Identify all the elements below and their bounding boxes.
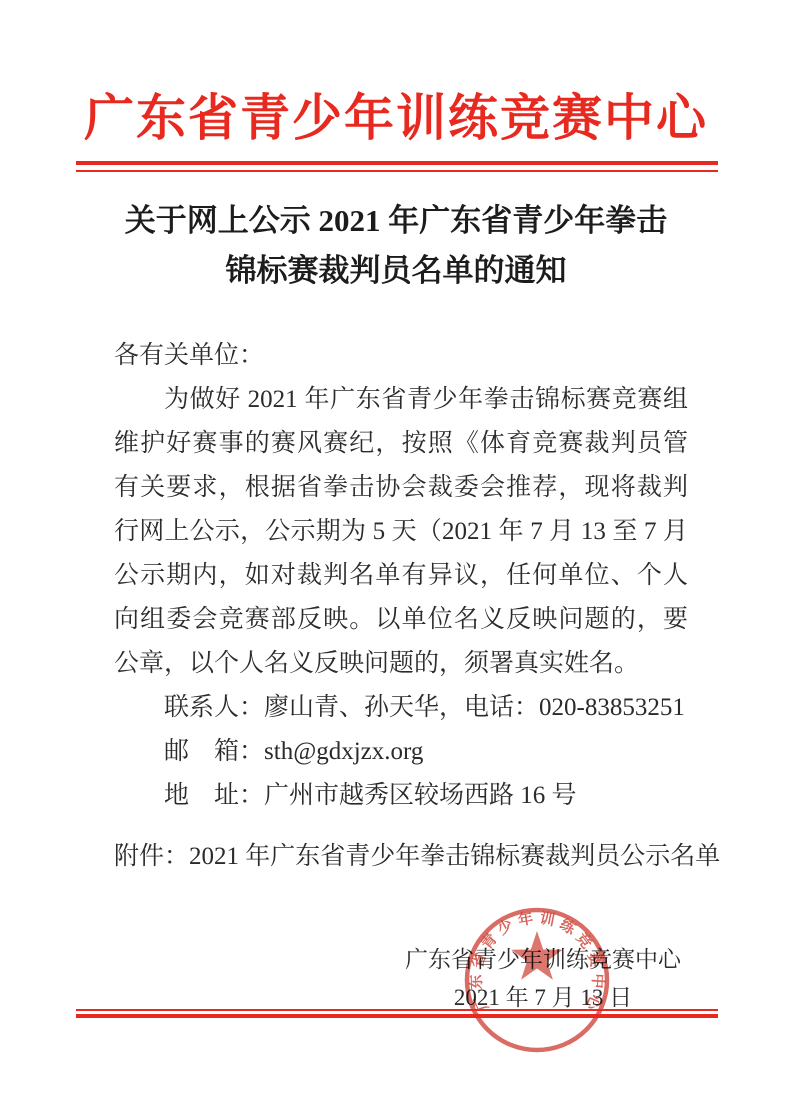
footer-rule-thick bbox=[76, 1014, 718, 1018]
body-line: 行网上公示，公示期为 5 天（2021 年 7 月 13 至 7 月 17 日）… bbox=[114, 510, 688, 554]
body-line: 有关要求，根据省拳击协会裁委会推荐，现将裁判员名单进 bbox=[114, 466, 688, 510]
document-title: 关于网上公示 2021 年广东省青少年拳击 锦标赛裁判员名单的通知 bbox=[0, 196, 792, 296]
contact-label: 地 址： bbox=[164, 782, 264, 809]
salutation: 各有关单位： bbox=[114, 334, 688, 378]
contact-label: 联系人： bbox=[164, 694, 264, 721]
body-line: 公示期内，如对裁判名单有异议，任何单位、个人可以书面 bbox=[114, 554, 688, 598]
letterhead-rule-thin bbox=[76, 170, 718, 172]
letterhead-org-name: 广东省青少年训练竞赛中心 bbox=[0, 78, 792, 150]
signature-date: 2021 年 7 月 13 日 bbox=[398, 979, 688, 1017]
body-text: 各有关单位： 为做好 2021 年广东省青少年拳击锦标赛竞赛组织工作， 维护好赛… bbox=[114, 334, 688, 818]
contact-line-email: 邮 箱：sth@gdxjzx.org bbox=[114, 730, 688, 774]
document-title-line2: 锦标赛裁判员名单的通知 bbox=[0, 246, 792, 296]
contact-value: 廖山青、孙天华，电话：020-83853251 bbox=[264, 694, 685, 721]
letterhead-rule-thick bbox=[76, 161, 718, 165]
official-notice-page: 广东省青少年训练竞赛中心 关于网上公示 2021 年广东省青少年拳击 锦标赛裁判… bbox=[0, 0, 792, 1106]
contact-label: 邮 箱： bbox=[164, 738, 264, 765]
attachment-note: 附件：2021 年广东省青少年拳击锦标赛裁判员公示名单 bbox=[114, 835, 720, 879]
contact-value: 广州市越秀区较场西路 16 号 bbox=[264, 782, 577, 809]
signature-org: 广东省青少年训练竞赛中心 bbox=[398, 941, 688, 979]
body-line: 维护好赛事的赛风赛纪，按照《体育竞赛裁判员管理办法》 bbox=[114, 422, 688, 466]
footer-rule-thin bbox=[76, 1009, 718, 1011]
signature-block: 广东省青少年训练竞赛中心 2021 年 7 月 13 日 bbox=[398, 941, 688, 1017]
contact-line-address: 地 址：广州市越秀区较场西路 16 号 bbox=[114, 774, 688, 818]
contact-line-person: 联系人：廖山青、孙天华，电话：020-83853251 bbox=[114, 686, 688, 730]
body-line: 向组委会竞赛部反映。以单位名义反映问题的，要加盖单位 bbox=[114, 598, 688, 642]
body-line: 为做好 2021 年广东省青少年拳击锦标赛竞赛组织工作， bbox=[114, 378, 688, 422]
document-title-line1: 关于网上公示 2021 年广东省青少年拳击 bbox=[0, 196, 792, 246]
contact-value: sth@gdxjzx.org bbox=[264, 738, 423, 765]
body-line: 公章，以个人名义反映问题的，须署真实姓名。 bbox=[114, 642, 688, 686]
